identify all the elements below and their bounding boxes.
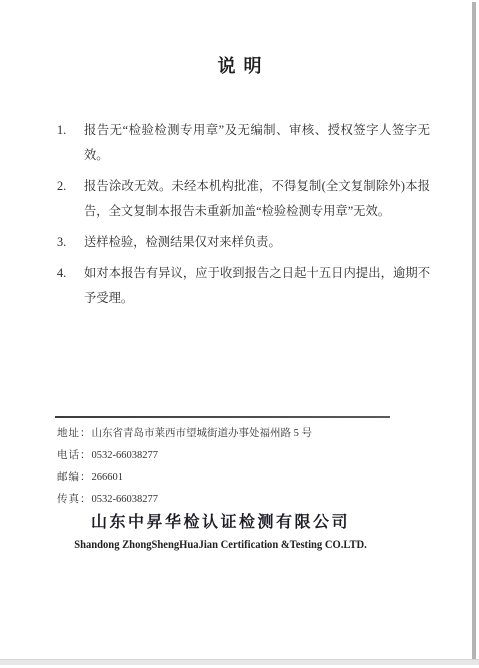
contact-value: 0532-66038277	[92, 494, 159, 505]
note-text: 如对本报告有异议，应于收到报告之日起十五日内提出，逾期不予受理。	[84, 261, 430, 311]
page-title: 说明	[0, 52, 479, 78]
company-name-english: Shandong ZhongShengHuaJian Certification…	[18, 537, 424, 553]
company-signature-block: 山东中昇华检认证检测有限公司 Shandong ZhongShengHuaJia…	[0, 511, 441, 553]
note-number: 1.	[57, 118, 84, 168]
contact-value: 0532-66038277	[92, 450, 159, 461]
contact-label: 地址：	[57, 428, 92, 439]
note-text: 送样检验，检测结果仅对来样负责。	[84, 230, 430, 255]
notes-list: 1. 报告无“检验检测专用章”及无编制、审核、授权签字人签字无效。 2. 报告涂…	[57, 118, 432, 317]
list-item: 1. 报告无“检验检测专用章”及无编制、审核、授权签字人签字无效。	[57, 118, 432, 168]
contact-phone-row: 电话：0532-66038277	[57, 445, 417, 467]
page-edge-shadow-bottom	[0, 659, 479, 665]
list-item: 4. 如对本报告有异议，应于收到报告之日起十五日内提出，逾期不予受理。	[57, 261, 432, 311]
note-text: 报告涂改无效。未经本机构批准，不得复制(全文复制除外)本报告，全文复制本报告未重…	[84, 174, 430, 224]
contact-value: 266601	[92, 472, 124, 483]
contact-fax-row: 传真：0532-66038277	[57, 489, 417, 511]
note-number: 3.	[57, 230, 84, 255]
contact-label: 电话：	[57, 450, 92, 461]
note-number: 4.	[57, 261, 84, 311]
note-text: 报告无“检验检测专用章”及无编制、审核、授权签字人签字无效。	[84, 118, 430, 168]
list-item: 3. 送样检验，检测结果仅对来样负责。	[57, 230, 432, 255]
contact-block: 地址：山东省青岛市莱西市望城街道办事处福州路 5 号 电话：0532-66038…	[57, 423, 417, 511]
company-name-chinese: 山东中昇华检认证检测有限公司	[0, 511, 441, 534]
contact-address-row: 地址：山东省青岛市莱西市望城街道办事处福州路 5 号	[57, 423, 417, 445]
contact-value: 山东省青岛市莱西市望城街道办事处福州路 5 号	[92, 428, 313, 439]
contact-postcode-row: 邮编：266601	[57, 467, 417, 489]
contact-label: 邮编：	[57, 472, 92, 483]
list-item: 2. 报告涂改无效。未经本机构批准，不得复制(全文复制除外)本报告，全文复制本报…	[57, 174, 432, 224]
contact-label: 传真：	[57, 494, 92, 505]
document-page: 说明 1. 报告无“检验检测专用章”及无编制、审核、授权签字人签字无效。 2. …	[0, 0, 479, 668]
page-edge-shadow-right	[472, 2, 476, 662]
note-number: 2.	[57, 174, 84, 224]
divider-line	[55, 416, 390, 418]
